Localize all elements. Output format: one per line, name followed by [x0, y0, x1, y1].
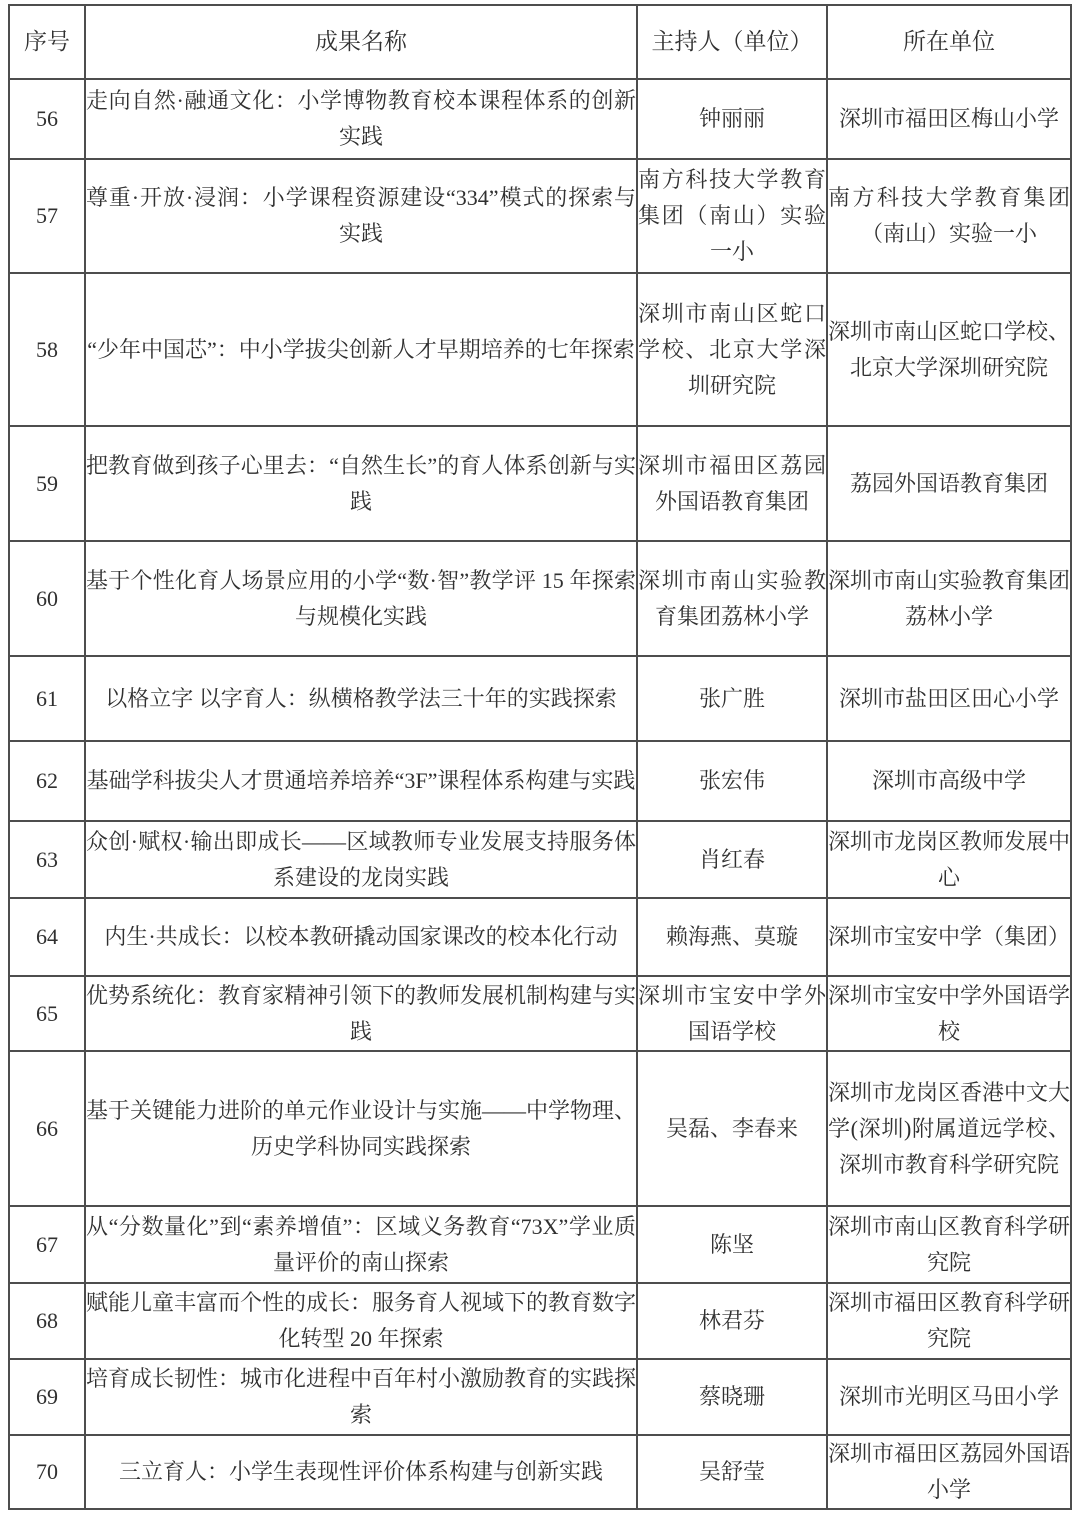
row-number-cell: 65 — [9, 976, 85, 1051]
unit-cell: 深圳市盐田区田心小学 — [827, 656, 1071, 741]
achievement-name-cell: 优势系统化：教育家精神引领下的教师发展机制构建与实践 — [85, 976, 637, 1051]
table-row: 70 三立育人：小学生表现性评价体系构建与创新实践 吴舒莹 深圳市福田区荔园外国… — [9, 1435, 1071, 1509]
achievement-name-cell: 从“分数量化”到“素养增值”：区域义务教育“73X”学业质量评价的南山探索 — [85, 1206, 637, 1283]
unit-cell: 深圳市福田区梅山小学 — [827, 79, 1071, 159]
host-cell: 深圳市南山区蛇口学校、北京大学深圳研究院 — [637, 273, 827, 426]
row-number-cell: 64 — [9, 898, 85, 976]
achievement-name-cell: 三立育人：小学生表现性评价体系构建与创新实践 — [85, 1435, 637, 1509]
table-row: 62 基础学科拔尖人才贯通培养培养“3F”课程体系构建与实践 张宏伟 深圳市高级… — [9, 741, 1071, 821]
unit-cell: 深圳市光明区马田小学 — [827, 1359, 1071, 1435]
row-number-cell: 59 — [9, 426, 85, 541]
achievement-name-cell: “少年中国芯”：中小学拔尖创新人才早期培养的七年探索 — [85, 273, 637, 426]
host-cell: 吴磊、李春来 — [637, 1051, 827, 1206]
host-cell: 深圳市南山实验教育集团荔林小学 — [637, 541, 827, 656]
achievement-name-cell: 走向自然·融通文化：小学博物教育校本课程体系的创新实践 — [85, 79, 637, 159]
row-number-cell: 58 — [9, 273, 85, 426]
host-cell: 肖红春 — [637, 821, 827, 898]
table-row: 65 优势系统化：教育家精神引领下的教师发展机制构建与实践 深圳市宝安中学外国语… — [9, 976, 1071, 1051]
unit-cell: 深圳市南山区教育科学研究院 — [827, 1206, 1071, 1283]
achievement-name-cell: 尊重·开放·浸润：小学课程资源建设“334”模式的探索与实践 — [85, 159, 637, 273]
row-number-cell: 63 — [9, 821, 85, 898]
host-cell: 吴舒莹 — [637, 1435, 827, 1509]
achievements-table: 序号 成果名称 主持人（单位） 所在单位 56 走向自然·融通文化：小学博物教育… — [8, 4, 1072, 1510]
unit-cell: 深圳市龙岗区教师发展中心 — [827, 821, 1071, 898]
unit-cell: 深圳市南山实验教育集团荔林小学 — [827, 541, 1071, 656]
col-header-achievement-name: 成果名称 — [85, 5, 637, 79]
table-row: 66 基于关键能力进阶的单元作业设计与实施——中学物理、历史学科协同实践探索 吴… — [9, 1051, 1071, 1206]
host-cell: 蔡晓珊 — [637, 1359, 827, 1435]
document-page: 序号 成果名称 主持人（单位） 所在单位 56 走向自然·融通文化：小学博物教育… — [0, 0, 1080, 1531]
host-cell: 深圳市福田区荔园外国语教育集团 — [637, 426, 827, 541]
header-row: 序号 成果名称 主持人（单位） 所在单位 — [9, 5, 1071, 79]
row-number-cell: 67 — [9, 1206, 85, 1283]
achievement-name-cell: 基于个性化育人场景应用的小学“数·智”教学评 15 年探索与规模化实践 — [85, 541, 637, 656]
unit-cell: 深圳市高级中学 — [827, 741, 1071, 821]
achievement-name-cell: 培育成长韧性：城市化进程中百年村小激励教育的实践探索 — [85, 1359, 637, 1435]
host-cell: 陈坚 — [637, 1206, 827, 1283]
table-row: 64 内生·共成长：以校本教研撬动国家课改的校本化行动 赖海燕、莫璇 深圳市宝安… — [9, 898, 1071, 976]
achievement-name-cell: 基础学科拔尖人才贯通培养培养“3F”课程体系构建与实践 — [85, 741, 637, 821]
table-row: 69 培育成长韧性：城市化进程中百年村小激励教育的实践探索 蔡晓珊 深圳市光明区… — [9, 1359, 1071, 1435]
table-row: 56 走向自然·融通文化：小学博物教育校本课程体系的创新实践 钟丽丽 深圳市福田… — [9, 79, 1071, 159]
col-header-host: 主持人（单位） — [637, 5, 827, 79]
achievement-name-cell: 众创·赋权·输出即成长——区域教师专业发展支持服务体系建设的龙岗实践 — [85, 821, 637, 898]
row-number-cell: 61 — [9, 656, 85, 741]
host-cell: 深圳市宝安中学外国语学校 — [637, 976, 827, 1051]
col-header-unit: 所在单位 — [827, 5, 1071, 79]
host-cell: 南方科技大学教育集团（南山）实验一小 — [637, 159, 827, 273]
row-number-cell: 60 — [9, 541, 85, 656]
table-row: 59 把教育做到孩子心里去：“自然生长”的育人体系创新与实践 深圳市福田区荔园外… — [9, 426, 1071, 541]
host-cell: 钟丽丽 — [637, 79, 827, 159]
table-row: 58 “少年中国芯”：中小学拔尖创新人才早期培养的七年探索 深圳市南山区蛇口学校… — [9, 273, 1071, 426]
row-number-cell: 69 — [9, 1359, 85, 1435]
unit-cell: 深圳市福田区教育科学研究院 — [827, 1283, 1071, 1359]
row-number-cell: 70 — [9, 1435, 85, 1509]
row-number-cell: 62 — [9, 741, 85, 821]
achievement-name-cell: 赋能儿童丰富而个性的成长：服务育人视域下的教育数字化转型 20 年探索 — [85, 1283, 637, 1359]
table-row: 67 从“分数量化”到“素养增值”：区域义务教育“73X”学业质量评价的南山探索… — [9, 1206, 1071, 1283]
row-number-cell: 57 — [9, 159, 85, 273]
row-number-cell: 56 — [9, 79, 85, 159]
achievement-name-cell: 把教育做到孩子心里去：“自然生长”的育人体系创新与实践 — [85, 426, 637, 541]
achievement-name-cell: 内生·共成长：以校本教研撬动国家课改的校本化行动 — [85, 898, 637, 976]
table-row: 57 尊重·开放·浸润：小学课程资源建设“334”模式的探索与实践 南方科技大学… — [9, 159, 1071, 273]
table-row: 60 基于个性化育人场景应用的小学“数·智”教学评 15 年探索与规模化实践 深… — [9, 541, 1071, 656]
row-number-cell: 66 — [9, 1051, 85, 1206]
unit-cell: 深圳市福田区荔园外国语小学 — [827, 1435, 1071, 1509]
host-cell: 林君芬 — [637, 1283, 827, 1359]
host-cell: 张广胜 — [637, 656, 827, 741]
unit-cell: 深圳市龙岗区香港中文大学(深圳)附属道远学校、深圳市教育科学研究院 — [827, 1051, 1071, 1206]
host-cell: 赖海燕、莫璇 — [637, 898, 827, 976]
unit-cell: 深圳市南山区蛇口学校、北京大学深圳研究院 — [827, 273, 1071, 426]
achievement-name-cell: 基于关键能力进阶的单元作业设计与实施——中学物理、历史学科协同实践探索 — [85, 1051, 637, 1206]
table-row: 68 赋能儿童丰富而个性的成长：服务育人视域下的教育数字化转型 20 年探索 林… — [9, 1283, 1071, 1359]
unit-cell: 深圳市宝安中学外国语学校 — [827, 976, 1071, 1051]
unit-cell: 深圳市宝安中学（集团） — [827, 898, 1071, 976]
unit-cell: 南方科技大学教育集团（南山）实验一小 — [827, 159, 1071, 273]
table-row: 61 以格立字 以字育人：纵横格教学法三十年的实践探索 张广胜 深圳市盐田区田心… — [9, 656, 1071, 741]
achievement-name-cell: 以格立字 以字育人：纵横格教学法三十年的实践探索 — [85, 656, 637, 741]
table-row: 63 众创·赋权·输出即成长——区域教师专业发展支持服务体系建设的龙岗实践 肖红… — [9, 821, 1071, 898]
row-number-cell: 68 — [9, 1283, 85, 1359]
unit-cell: 荔园外国语教育集团 — [827, 426, 1071, 541]
col-header-index: 序号 — [9, 5, 85, 79]
host-cell: 张宏伟 — [637, 741, 827, 821]
